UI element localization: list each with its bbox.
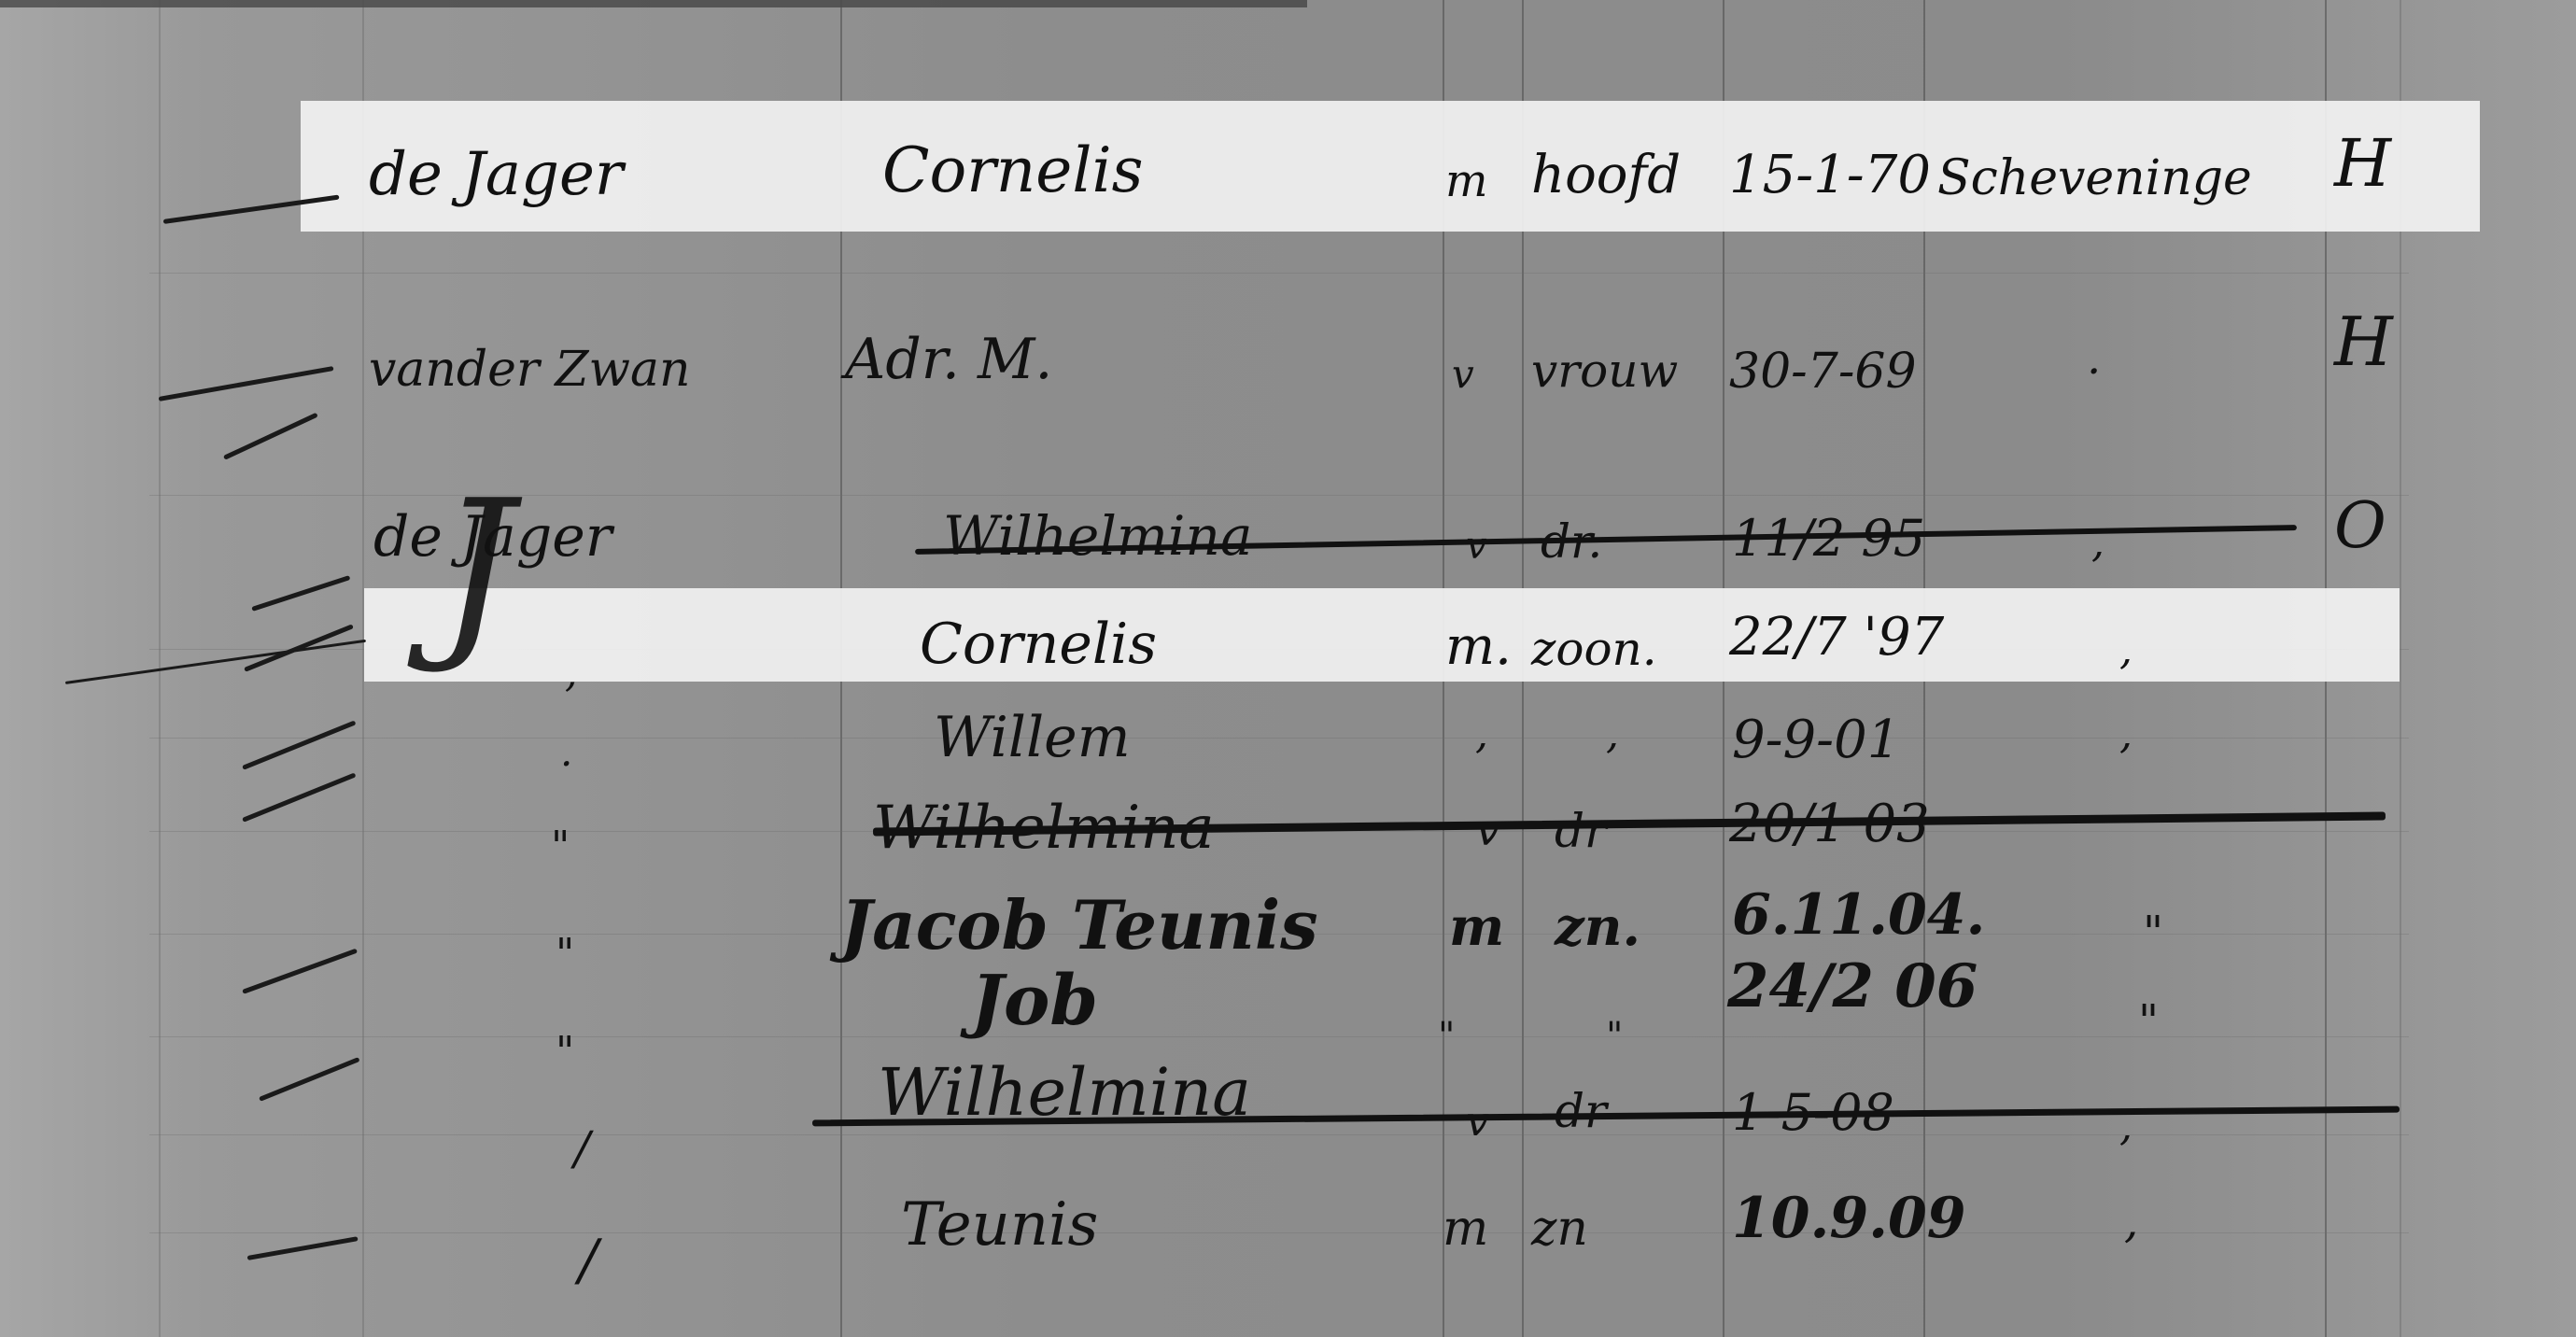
birth-place: ,	[2119, 714, 2133, 755]
given-names: Willem	[934, 710, 1131, 766]
surname: vander Zwan	[369, 345, 690, 394]
sex: v	[1452, 355, 1474, 394]
relation: zn	[1531, 1204, 1588, 1253]
religion: H	[2334, 131, 2391, 196]
margin-tick-mark	[242, 772, 356, 822]
given-names: Cornelis	[882, 140, 1143, 202]
sex: v	[1466, 528, 1487, 565]
margin-tick-mark	[242, 949, 358, 994]
sex: m.	[1445, 621, 1512, 673]
birth-place: ,	[2119, 630, 2133, 671]
birth-date: 24/2 06	[1727, 957, 1978, 1017]
surname: /	[574, 1125, 590, 1172]
birth-date: 30-7-69	[1729, 347, 1917, 396]
surname: ,	[565, 654, 577, 693]
given-names: Wilhelmina	[878, 1060, 1251, 1125]
row-rule	[149, 1036, 2409, 1037]
sex: v	[1475, 808, 1500, 852]
religion: O	[2334, 495, 2386, 558]
birth-place: Scheveninge	[1937, 154, 2252, 203]
given-names: Cornelis	[920, 616, 1157, 672]
margin-tick-mark	[65, 640, 366, 684]
relation: zoon.	[1531, 626, 1657, 672]
given-names: Teunis	[901, 1195, 1098, 1255]
row-highlight	[364, 588, 2400, 682]
relation: dr	[1555, 1088, 1607, 1134]
margin-tick-mark	[259, 1057, 359, 1102]
sex: v	[1466, 1102, 1489, 1143]
margin-tick-mark	[251, 575, 350, 612]
relation: "	[1606, 1018, 1623, 1055]
given-names: Adr. M.	[845, 331, 1052, 387]
sex: m	[1443, 1204, 1488, 1253]
birth-place: "	[2143, 910, 2163, 955]
surname: .	[560, 733, 572, 772]
row-rule	[149, 1232, 2409, 1233]
relation: zn.	[1555, 901, 1640, 953]
given-names: Job	[971, 966, 1098, 1035]
religion: H	[2334, 308, 2393, 375]
margin-tick-mark	[223, 413, 318, 460]
relation: vrouw	[1531, 347, 1678, 394]
birth-date: 22/7 '97	[1729, 612, 1944, 664]
surname: "	[551, 826, 570, 867]
margin-tick-mark	[159, 366, 334, 401]
relation: ,	[1606, 714, 1619, 755]
register-page: de Jager Cornelis m hoofd 15-1-70 Scheve…	[0, 0, 2576, 1337]
birth-date: 10.9.09	[1732, 1190, 1966, 1246]
sex: ,	[1475, 714, 1488, 755]
margin-tick-mark	[247, 1236, 359, 1260]
birth-place: ,	[2124, 1200, 2138, 1245]
given-names: Wilhelmina	[943, 509, 1252, 563]
birth-date: 15-1-70	[1729, 149, 1931, 202]
surname: "	[556, 1032, 574, 1073]
flourish-J: J	[439, 476, 514, 663]
relation: hoofd	[1531, 149, 1681, 202]
margin-tick-mark	[242, 720, 356, 769]
birth-date: 6.11.04.	[1732, 887, 1985, 943]
surname: de Jager	[369, 145, 623, 204]
row-rule	[149, 738, 2409, 739]
sex: "	[1438, 1018, 1455, 1055]
page-top-edge	[0, 0, 1307, 7]
birth-place: .	[2087, 336, 2101, 381]
birth-date: 9-9-01	[1732, 714, 1900, 767]
sex: m	[1449, 901, 1504, 953]
row-rule	[149, 1134, 2409, 1135]
row-rule	[149, 273, 2409, 274]
given-names: Jacob Teunis	[840, 892, 1318, 959]
sex: m	[1445, 159, 1488, 204]
birth-place: "	[2138, 999, 2159, 1044]
surname: /	[579, 1232, 598, 1288]
relation: dr	[1555, 808, 1607, 854]
surname: "	[556, 934, 574, 975]
